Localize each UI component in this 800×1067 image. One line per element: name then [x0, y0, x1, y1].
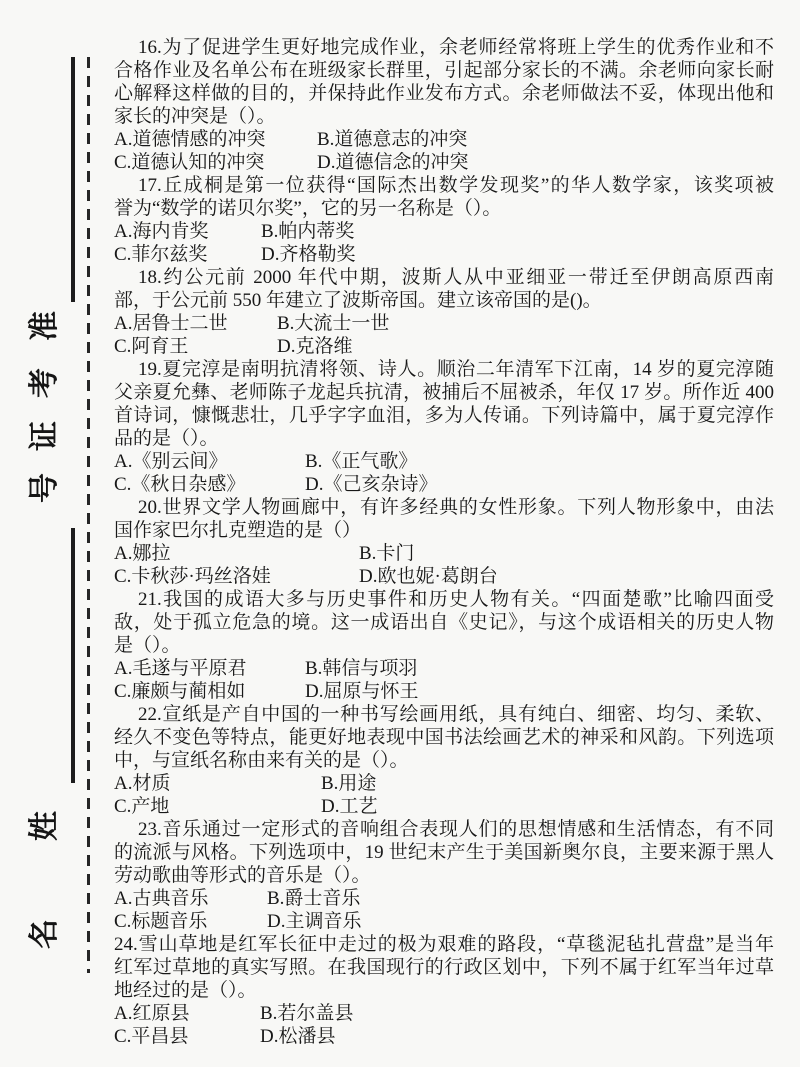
option-row: C.平昌县D.松潘县 — [114, 1025, 774, 1048]
option-row: A.居鲁士二世B.大流士一世 — [114, 312, 774, 335]
stem-line: 的流派与风格。下列选项中，19 世纪末产生于美国新奥尔良，主要来源于黑人 — [114, 841, 774, 864]
option-a: A.材质 — [114, 772, 321, 795]
option-d: D.工艺 — [321, 796, 377, 817]
stem-line: 品的是（）。 — [114, 427, 774, 450]
option-b: B.《正气歌》 — [305, 451, 417, 472]
stem-line: 地经过的是（）。 — [114, 979, 774, 1002]
stem-line: 20.世界文学人物画廊中，有许多经典的女性形象。下列人物形象中，由法 — [114, 496, 774, 519]
option-c: C.廉颇与蔺相如 — [114, 680, 305, 703]
option-d: D.道德信念的冲突 — [317, 152, 468, 173]
stem-line: 誉为“数学的诺贝尔奖”，它的另一名称是（）。 — [114, 197, 774, 220]
stem-line: 红军过草地的真实写照。在我国现行的行政区划中，下列不属于红军当年过草 — [114, 956, 774, 979]
option-b: B.若尔盖县 — [260, 1003, 353, 1024]
seal-char: 证 — [27, 418, 63, 454]
option-d: D.齐格勒奖 — [261, 244, 355, 265]
option-row: A.红原县B.若尔盖县 — [114, 1002, 774, 1025]
stem-line: 敌，处于孤立危急的境。这一成语出自《史记》，与这个成语相关的历史人物 — [114, 611, 774, 634]
stem-line: 21.我国的成语大多与历史事件和历史人物有关。“四面楚歌”比喻四面受 — [114, 588, 774, 611]
option-c: C.产地 — [114, 795, 321, 818]
option-a: A.《别云间》 — [114, 450, 305, 473]
option-row: A.材质B.用途 — [114, 772, 774, 795]
stem-line: 首诗词，慷慨悲壮，几乎字字血泪，多为人传诵。下列诗篇中，属于夏完淳作 — [114, 404, 774, 427]
option-c: C.阿育王 — [114, 335, 277, 358]
option-b: B.用途 — [321, 773, 376, 794]
option-row: A.古典音乐B.爵士音乐 — [114, 887, 774, 910]
stem-line: 合格作业及名单公布在班级家长群里，引起部分家长的不满。余老师向家长耐 — [114, 59, 774, 82]
stem-line: 17.丘成桐是第一位获得“国际杰出数学发现奖”的华人数学家，该奖项被 — [114, 174, 774, 197]
option-d: D.松潘县 — [260, 1026, 335, 1047]
stem-line: 22.宣纸是产自中国的一种书写绘画用纸，具有纯白、细密、均匀、柔软、 — [114, 703, 774, 726]
option-d: D.克洛维 — [277, 336, 352, 357]
question-16: 16.为了促进学生更好地完成作业，余老师经常将班上学生的优秀作业和不 合格作业及… — [114, 36, 774, 174]
stem-line: 24.雪山草地是红军长征中走过的极为艰难的路段，“草毯泥毡扎营盘”是当年 — [114, 933, 774, 956]
option-b: B.韩信与项羽 — [305, 658, 417, 679]
question-17: 17.丘成桐是第一位获得“国际杰出数学发现奖”的华人数学家，该奖项被 誉为“数学… — [114, 174, 774, 266]
question-22: 22.宣纸是产自中国的一种书写绘画用纸，具有纯白、细密、均匀、柔软、 经久不变色… — [114, 703, 774, 818]
option-a: A.古典音乐 — [114, 887, 267, 910]
seal-char: 考 — [27, 365, 63, 401]
option-row: C.标题音乐D.主调音乐 — [114, 910, 774, 933]
option-row: C.菲尔兹奖D.齐格勒奖 — [114, 243, 774, 266]
option-d: D.欧也妮·葛朗台 — [359, 566, 498, 587]
option-row: C.阿育王D.克洛维 — [114, 335, 774, 358]
option-a: A.娜拉 — [114, 542, 359, 565]
option-b: B.道德意志的冲突 — [317, 129, 467, 150]
seal-line-solid-top — [71, 57, 75, 302]
seal-char: 准 — [27, 308, 63, 344]
option-row: C.卡秋莎·玛丝洛娃D.欧也妮·葛朗台 — [114, 565, 774, 588]
stem-line: 是（）。 — [114, 634, 774, 657]
stem-line: 部，于公元前 550 年建立了波斯帝国。建立该帝国的是()。 — [114, 289, 774, 312]
option-b: B.卡门 — [359, 543, 414, 564]
option-row: A.毛遂与平原君B.韩信与项羽 — [114, 657, 774, 680]
option-b: B.爵士音乐 — [267, 888, 360, 909]
seal-char: 号 — [27, 470, 63, 506]
stem-line: 中，与宣纸名称由来有关的是（）。 — [114, 749, 774, 772]
option-row: C.道德认知的冲突D.道德信念的冲突 — [114, 151, 774, 174]
stem-line: 19.夏完淳是南明抗清将领、诗人。顺治二年清军下江南，14 岁的夏完淳随 — [114, 358, 774, 381]
stem-line: 经久不变色等特点，能更好地表现中国书法绘画艺术的神采和风韵。下列选项 — [114, 726, 774, 749]
question-18: 18.约公元前 2000 年代中期，波斯人从中亚细亚一带迁至伊朗高原西南 部，于… — [114, 266, 774, 358]
stem-line: 18.约公元前 2000 年代中期，波斯人从中亚细亚一带迁至伊朗高原西南 — [114, 266, 774, 289]
stem-line: 国作家巴尔扎克塑造的是（） — [114, 519, 774, 542]
seal-char: 姓 — [27, 808, 63, 844]
option-row: C.产地D.工艺 — [114, 795, 774, 818]
question-24: 24.雪山草地是红军长征中走过的极为艰难的路段，“草毯泥毡扎营盘”是当年 红军过… — [114, 933, 774, 1048]
option-a: A.毛遂与平原君 — [114, 657, 305, 680]
option-b: B.大流士一世 — [277, 313, 389, 334]
option-d: D.主调音乐 — [267, 911, 361, 932]
question-19: 19.夏完淳是南明抗清将领、诗人。顺治二年清军下江南，14 岁的夏完淳随 父亲夏… — [114, 358, 774, 496]
option-a: A.海内肯奖 — [114, 220, 261, 243]
option-row: A.娜拉B.卡门 — [114, 542, 774, 565]
option-c: C.平昌县 — [114, 1025, 260, 1048]
option-a: A.红原县 — [114, 1002, 260, 1025]
option-row: C.《秋日杂感》D.《己亥杂诗》 — [114, 473, 774, 496]
option-c: C.道德认知的冲突 — [114, 151, 317, 174]
option-a: A.居鲁士二世 — [114, 312, 277, 335]
question-column: 16.为了促进学生更好地完成作业，余老师经常将班上学生的优秀作业和不 合格作业及… — [114, 36, 774, 1048]
option-d: D.《己亥杂诗》 — [305, 474, 437, 495]
stem-line: 家长的冲突是（）。 — [114, 105, 774, 128]
question-23: 23.音乐通过一定形式的音响组合表现人们的思想情感和生活情态，有不同 的流派与风… — [114, 818, 774, 933]
stem-line: 心解释这样做的目的，并保持此作业发布方式。余老师做法不妥，体现出他和 — [114, 82, 774, 105]
option-d: D.屈原与怀王 — [305, 681, 418, 702]
stem-line: 劳动歌曲等形式的音乐是（）。 — [114, 864, 774, 887]
stem-line: 23.音乐通过一定形式的音响组合表现人们的思想情感和生活情态，有不同 — [114, 818, 774, 841]
option-c: C.《秋日杂感》 — [114, 473, 305, 496]
option-c: C.标题音乐 — [114, 910, 267, 933]
seal-line-dashed — [87, 57, 90, 973]
option-row: A.海内肯奖B.帕内蒂奖 — [114, 220, 774, 243]
option-row: C.廉颇与蔺相如D.屈原与怀王 — [114, 680, 774, 703]
option-c: C.菲尔兹奖 — [114, 243, 261, 266]
stem-line: 16.为了促进学生更好地完成作业，余老师经常将班上学生的优秀作业和不 — [114, 36, 774, 59]
stem-line: 父亲夏允彝、老师陈子龙起兵抗清，被捕后不屈被杀，年仅 17 岁。所作近 400 — [114, 381, 774, 404]
question-20: 20.世界文学人物画廊中，有许多经典的女性形象。下列人物形象中，由法 国作家巴尔… — [114, 496, 774, 588]
question-21: 21.我国的成语大多与历史事件和历史人物有关。“四面楚歌”比喻四面受 敌，处于孤… — [114, 588, 774, 703]
option-b: B.帕内蒂奖 — [261, 221, 354, 242]
seal-line-solid-bottom — [71, 528, 75, 783]
option-row: A.《别云间》B.《正气歌》 — [114, 450, 774, 473]
option-c: C.卡秋莎·玛丝洛娃 — [114, 565, 359, 588]
option-a: A.道德情感的冲突 — [114, 128, 317, 151]
seal-char: 名 — [27, 916, 63, 952]
option-row: A.道德情感的冲突B.道德意志的冲突 — [114, 128, 774, 151]
